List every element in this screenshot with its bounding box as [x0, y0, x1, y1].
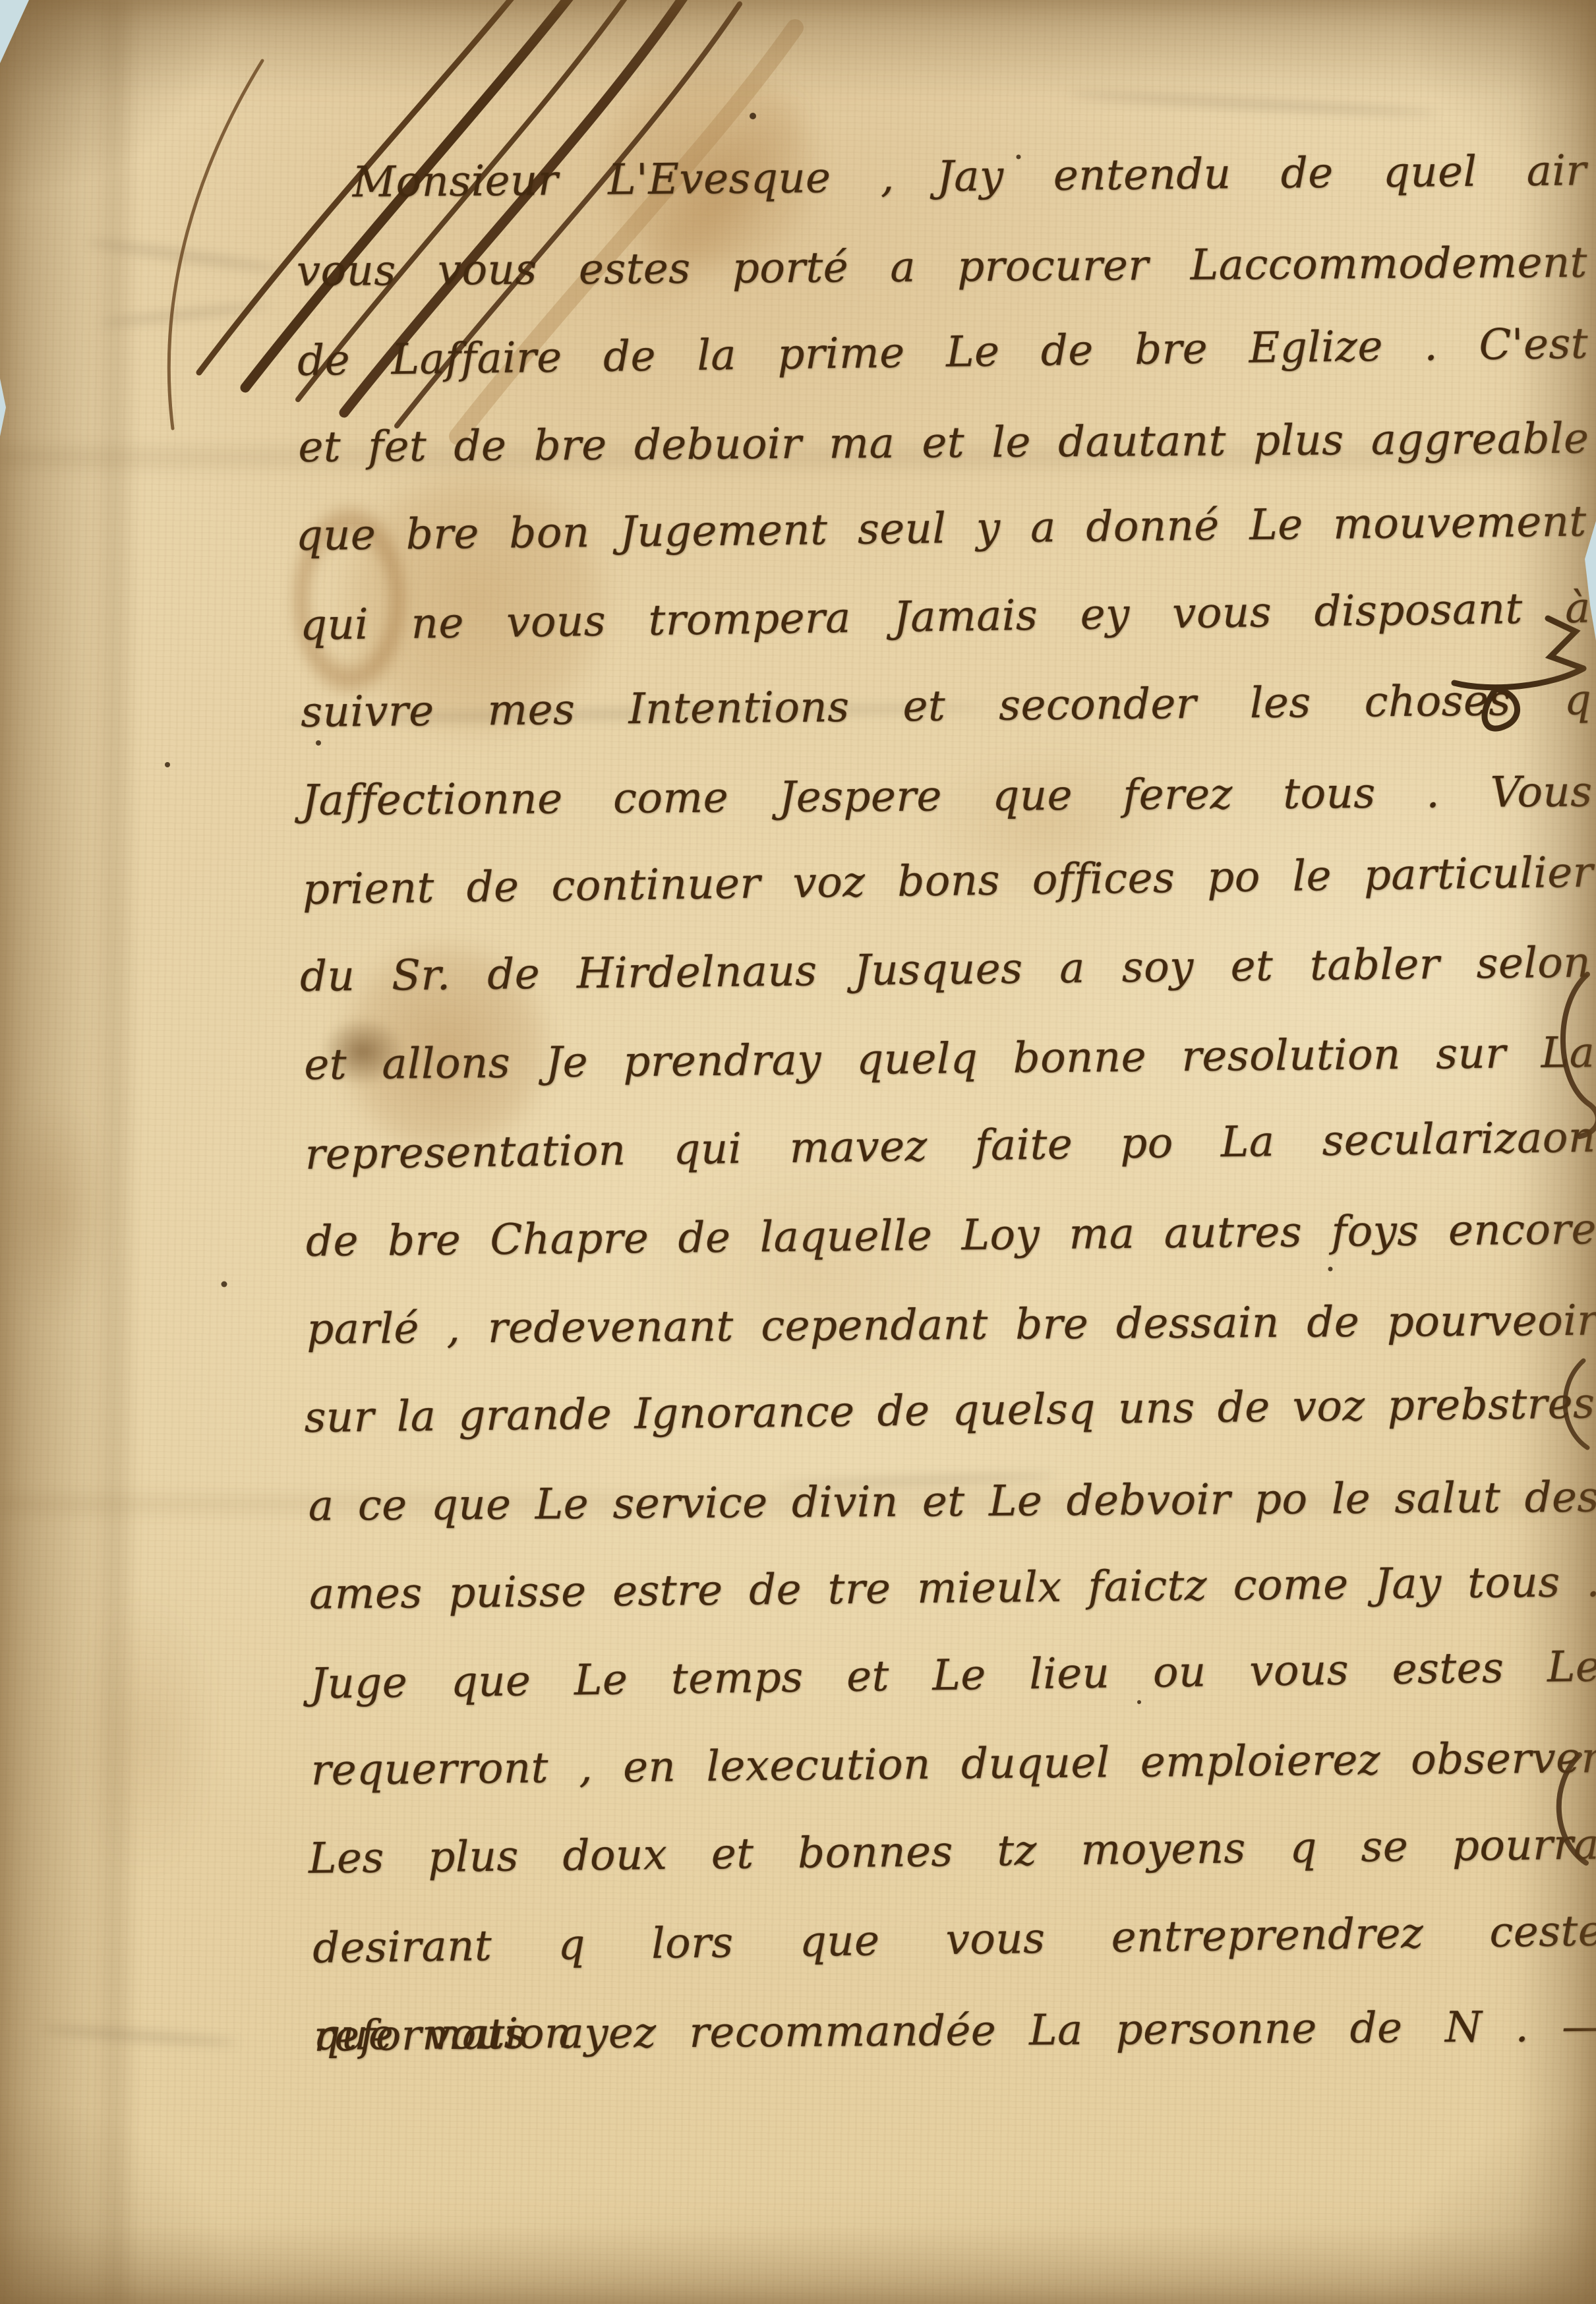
letter-line: Juge que Le temps et Le lieu ou vous est…: [310, 1623, 1596, 1728]
letter-line: que bre bon Jugement seul y a donné Le m…: [295, 479, 1587, 581]
letter-line: representation qui mavez faite po La sec…: [305, 1094, 1596, 1199]
fold-crease-vertical: [92, 0, 138, 2304]
letter-line: prient de continuer voz bons offices po …: [302, 829, 1594, 935]
letter-line: Les plus doux et bonnes tz moyens q se p…: [308, 1802, 1596, 1904]
letter-line: desirant q lors que vous entreprendrez c…: [312, 1888, 1596, 1994]
letter-line: qui ne vous trompera Jamais ey vous disp…: [299, 565, 1591, 670]
opening-flourish-arc: [169, 61, 262, 428]
letter-line: de bre Chapre de laquelle Loy ma autres …: [305, 1186, 1596, 1287]
show-through-smudge: [1068, 89, 1437, 118]
letter-line: et allons Je prendray quelq bonne resolu…: [304, 1009, 1595, 1110]
letter-line: et fet de bre debuoir ma et le dautant p…: [298, 396, 1589, 492]
letter-line: Monsieur L'Evesque , Jay entendu de quel…: [295, 127, 1587, 228]
letter-line: du Sr. de Hirdelnaus Jusques a soy et ta…: [299, 920, 1591, 1022]
letter-line: Jaffectionne come Jespere que ferez tous…: [301, 748, 1593, 845]
letter-line: vous vous estes porté a procurer Laccomm…: [296, 219, 1587, 316]
manuscript-page: Monsieur L'Evesque , Jay entendu de quel…: [0, 0, 1596, 2304]
show-through-smudge: [40, 2024, 237, 2048]
letter-line: a ce que Le service divin et Le debvoir …: [308, 1454, 1596, 1551]
letter-line: sur la grande Ignorance de quelsq uns de…: [304, 1361, 1595, 1463]
letter-line: ames puisse estre de tre mieulx faictz c…: [309, 1539, 1596, 1639]
letter-line: parlé , redevenant cependant bre dessain…: [307, 1278, 1596, 1374]
water-stain-bottomleft: [53, 1556, 237, 1912]
letter-body: Monsieur L'Evesque , Jay entendu de quel…: [295, 127, 1596, 2080]
letter-line: requerront , en lexecution duquel emploi…: [310, 1715, 1596, 1816]
letter-line: de Laffaire de la prime Le de bre Eglize…: [297, 300, 1589, 405]
letter-line: que vous ayez recommandée La personne de…: [313, 1983, 1596, 2080]
letter-line: suivre mes Intentions et seconder les ch…: [301, 657, 1592, 757]
